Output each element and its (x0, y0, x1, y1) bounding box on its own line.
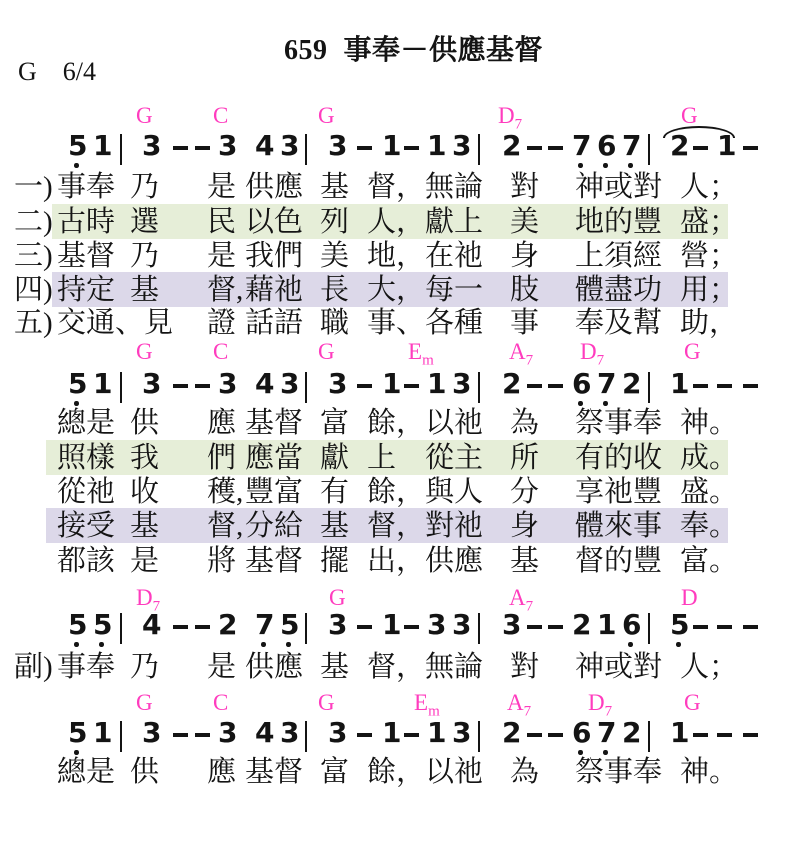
note-digit: 3 (142, 719, 161, 747)
lyric-cell: 基督 (245, 406, 303, 440)
lyric-cell: 擺 (320, 544, 349, 578)
barline (478, 134, 480, 165)
note-digit: 2 (502, 132, 521, 160)
note-digit: 3 (328, 611, 347, 639)
lyric-cell: 督， (367, 650, 425, 684)
dash-extension (717, 733, 732, 737)
lyric-cell: 無論 (425, 650, 483, 684)
lyric-cell: 神或對 (575, 650, 662, 684)
chord-quality: 7 (526, 599, 534, 615)
note-digit: 5 (68, 132, 87, 160)
lyric-cell: 乃 (130, 650, 159, 684)
barline (305, 372, 307, 403)
lyric-cell: 督, (207, 273, 243, 307)
barline (648, 721, 650, 752)
note-digit: 6 (597, 132, 616, 160)
lyric-cell: 藉祂 (245, 273, 303, 307)
chord-label: G (318, 340, 335, 363)
lyric-cell: 穫, (207, 475, 243, 509)
lyric-cell: 成。 (680, 441, 738, 475)
dash-extension (717, 384, 732, 388)
note-digit: 6 (622, 611, 641, 639)
lyric-cell: 供 (130, 755, 159, 789)
dash-extension (693, 146, 708, 150)
barline (478, 721, 480, 752)
lyric-cell: 列 (320, 205, 349, 239)
chord-label: G (318, 691, 335, 714)
dash-extension (357, 384, 372, 388)
note-digit: 4 (142, 611, 161, 639)
lyric-cell: 美 (510, 205, 539, 239)
note-digit: 1 (93, 132, 112, 160)
dash-extension (743, 384, 758, 388)
note-digit: 3 (452, 132, 471, 160)
lyric-cell: 享祂豐 (575, 475, 662, 509)
lyric-cell: 總是 (57, 755, 115, 789)
lyric-cell: 督， (367, 509, 425, 543)
lyric-cell: 都該 (57, 544, 115, 578)
dash-extension (743, 146, 758, 150)
barline (648, 613, 650, 644)
verse-label: 五) (14, 306, 53, 340)
note-digit: 1 (670, 370, 689, 398)
note-digit: 3 (280, 132, 299, 160)
note-digit: 5 (68, 611, 87, 639)
lyric-cell: 祭事奉 (575, 755, 662, 789)
low-octave-dot (603, 401, 608, 406)
lyric-cell: 督, (207, 509, 243, 543)
low-octave-dot (628, 642, 633, 647)
lyric-cell: 神或對 (575, 170, 662, 204)
lyric-cell: 為 (510, 406, 539, 440)
note-digit: 6 (572, 719, 591, 747)
lyric-cell: 接受 (57, 509, 115, 543)
dash-extension (195, 733, 210, 737)
lyric-cell: 大， (367, 273, 425, 307)
note-digit: 7 (572, 132, 591, 160)
chord-label: C (213, 691, 228, 714)
lyric-cell: 對 (510, 650, 539, 684)
lyric-cell: 照樣 (57, 441, 115, 475)
note-digit: 3 (218, 370, 237, 398)
note-digit: 3 (452, 719, 471, 747)
dash-extension (693, 384, 708, 388)
dash-extension (527, 146, 542, 150)
dash-extension (404, 384, 419, 388)
note-digit: 5 (68, 719, 87, 747)
lyric-cell: 應 (207, 406, 236, 440)
lyric-cell: 是 (207, 170, 236, 204)
note-digit: 3 (328, 132, 347, 160)
lyric-cell: 營； (680, 239, 738, 273)
note-digit: 3 (452, 370, 471, 398)
note-digit: 1 (93, 719, 112, 747)
low-octave-dot (578, 163, 583, 168)
verse-label: 三) (14, 239, 53, 273)
lyric-cell: 我 (130, 441, 159, 475)
dash-extension (195, 625, 210, 629)
lyric-cell: 乃 (130, 239, 159, 273)
low-octave-dot (74, 750, 79, 755)
lyric-cell: 人， (367, 205, 425, 239)
lyric-cell: 對祂 (425, 509, 483, 543)
note-digit: 5 (93, 611, 112, 639)
lyric-cell: 職 (320, 306, 349, 340)
low-octave-dot (603, 750, 608, 755)
note-digit: 3 (427, 611, 446, 639)
lyric-cell: 對 (510, 170, 539, 204)
low-octave-dot (578, 750, 583, 755)
lyric-cell: 從祂 (57, 475, 115, 509)
note-digit: 7 (597, 719, 616, 747)
verse-label: 二) (14, 205, 53, 239)
chord-quality: 7 (526, 353, 534, 369)
lyric-cell: 應 (207, 755, 236, 789)
lyric-cell: 以色 (245, 205, 303, 239)
time-signature: 6/4 (63, 57, 96, 86)
lyric-cell: 事 (510, 306, 539, 340)
hymn-number: 659 (284, 35, 328, 66)
chord-label: G (318, 104, 335, 127)
lyric-cell: 上須經 (575, 239, 662, 273)
hymn-title: 659事奉－供應基督 (0, 28, 793, 68)
low-octave-dot (286, 642, 291, 647)
low-octave-dot (628, 163, 633, 168)
note-digit: 1 (93, 370, 112, 398)
dash-extension (548, 733, 563, 737)
lyric-cell: 助， (680, 306, 738, 340)
lyric-cell: 事、 (367, 306, 425, 340)
low-octave-dot (99, 642, 104, 647)
lyric-cell: 基 (320, 170, 349, 204)
dash-extension (357, 146, 372, 150)
dash-extension (173, 625, 188, 629)
barline (305, 134, 307, 165)
dash-extension (404, 146, 419, 150)
note-digit: 7 (255, 611, 274, 639)
dash-extension (527, 384, 542, 388)
chord-label: G (681, 104, 698, 127)
key-tonic: G (18, 57, 37, 86)
low-octave-dot (74, 163, 79, 168)
dash-extension (527, 625, 542, 629)
note-digit: 1 (427, 719, 446, 747)
lyric-cell: 身 (510, 239, 539, 273)
lyric-cell: 美 (320, 239, 349, 273)
lyric-cell: 有 (320, 475, 349, 509)
lyric-cell: 盛。 (680, 475, 738, 509)
lyric-cell: 身 (510, 509, 539, 543)
lyric-cell: 基督 (245, 544, 303, 578)
lyric-cell: 在祂 (425, 239, 483, 273)
lyric-cell: 地的豐 (575, 205, 662, 239)
lyric-cell: 富 (320, 406, 349, 440)
dash-extension (173, 733, 188, 737)
lyric-cell: 事奉 (57, 170, 115, 204)
note-digit: 1 (427, 370, 446, 398)
tie-arc (663, 126, 735, 138)
lyric-cell: 分 (510, 475, 539, 509)
lyric-cell: 各種 (425, 306, 483, 340)
lyric-cell: 奉。 (680, 509, 738, 543)
dash-extension (548, 625, 563, 629)
lyric-cell: 是 (130, 544, 159, 578)
low-octave-dot (74, 401, 79, 406)
lyric-cell: 基 (320, 509, 349, 543)
dash-extension (357, 625, 372, 629)
barline (478, 372, 480, 403)
lyric-cell: 富 (320, 755, 349, 789)
lyric-cell: 基 (320, 650, 349, 684)
lyric-cell: 是 (207, 650, 236, 684)
note-digit: 3 (218, 719, 237, 747)
lyric-cell: 出， (367, 544, 425, 578)
low-octave-dot (74, 642, 79, 647)
lyric-cell: 每一 (425, 273, 483, 307)
lyric-cell: 基 (510, 544, 539, 578)
note-digit: 2 (502, 719, 521, 747)
chord-label: G (136, 340, 153, 363)
note-digit: 1 (382, 370, 401, 398)
lyric-cell: 基 (130, 273, 159, 307)
note-digit: 2 (622, 370, 641, 398)
dash-extension (548, 146, 563, 150)
chord-label: D (681, 586, 698, 609)
lyric-cell: 古時 (57, 205, 115, 239)
lyric-cell: 供應 (425, 544, 483, 578)
lyric-cell: 分給 (245, 509, 303, 543)
lyric-cell: 餘， (367, 406, 425, 440)
note-digit: 3 (502, 611, 521, 639)
note-digit: 3 (280, 370, 299, 398)
lyric-cell: 供 (130, 406, 159, 440)
barline (120, 372, 122, 403)
lyric-cell: 基督 (57, 239, 115, 273)
lyric-cell: 為 (510, 755, 539, 789)
lyric-cell: 獻 (320, 441, 349, 475)
note-digit: 3 (142, 132, 161, 160)
barline (648, 134, 650, 165)
chord-label: Em (408, 340, 434, 369)
note-digit: 5 (670, 611, 689, 639)
chord-label: G (136, 691, 153, 714)
dash-extension (195, 146, 210, 150)
lyric-cell: 無論 (425, 170, 483, 204)
chord-label: A7 (509, 340, 533, 369)
lyric-cell: 供應 (245, 170, 303, 204)
lyric-cell: 是 (207, 239, 236, 273)
lyric-cell: 乃 (130, 170, 159, 204)
barline (120, 613, 122, 644)
note-digit: 3 (452, 611, 471, 639)
lyric-cell: 餘， (367, 755, 425, 789)
note-digit: 1 (382, 132, 401, 160)
barline (305, 721, 307, 752)
verse-label: 一) (14, 170, 53, 204)
dash-extension (404, 625, 419, 629)
note-digit: 6 (572, 370, 591, 398)
hymn-name: 事奉－供應基督 (343, 35, 543, 66)
note-digit: 4 (255, 719, 274, 747)
dash-extension (743, 733, 758, 737)
lyric-cell: 總是 (57, 406, 115, 440)
low-octave-dot (603, 163, 608, 168)
lyric-cell: 供應 (245, 650, 303, 684)
low-octave-dot (578, 401, 583, 406)
note-digit: 3 (328, 719, 347, 747)
note-digit: 1 (670, 719, 689, 747)
note-digit: 2 (502, 370, 521, 398)
note-digit: 4 (255, 132, 274, 160)
lyric-cell: 長 (320, 273, 349, 307)
note-digit: 5 (280, 611, 299, 639)
dash-extension (357, 733, 372, 737)
lyric-cell: 將 (207, 544, 236, 578)
note-digit: 3 (328, 370, 347, 398)
note-digit: 3 (280, 719, 299, 747)
hymn-sheet: 659事奉－供應基督 G6/4 一)事奉乃是供應基督，無論對神或對人；二)古時選… (0, 0, 793, 852)
lyric-cell: 持定 (57, 273, 115, 307)
lyric-cell: 神。 (680, 755, 738, 789)
lyric-cell: 奉及幫 (575, 306, 662, 340)
dash-extension (693, 625, 708, 629)
barline (478, 613, 480, 644)
lyric-cell: 以祂 (425, 406, 483, 440)
low-octave-dot (676, 642, 681, 647)
note-digit: 2 (622, 719, 641, 747)
note-digit: 7 (597, 370, 616, 398)
dash-extension (173, 146, 188, 150)
chord-label: C (213, 340, 228, 363)
lyric-cell: 人； (680, 650, 738, 684)
lyric-cell: 基督 (245, 755, 303, 789)
dash-extension (548, 384, 563, 388)
lyric-cell: 們 (207, 441, 236, 475)
dash-extension (527, 733, 542, 737)
lyric-cell: 督的豐 (575, 544, 662, 578)
dash-extension (693, 733, 708, 737)
note-digit: 2 (572, 611, 591, 639)
lyric-cell: 交通、見 (57, 306, 173, 340)
dash-extension (717, 625, 732, 629)
lyric-cell: 上 (367, 441, 396, 475)
dash-extension (743, 625, 758, 629)
lyric-cell: 應當 (245, 441, 303, 475)
lyric-cell: 與人 (425, 475, 483, 509)
lyric-cell: 體來事 (575, 509, 662, 543)
barline (120, 721, 122, 752)
lyric-cell: 收 (130, 475, 159, 509)
lyric-cell: 我們 (245, 239, 303, 273)
chord-label: C (213, 104, 228, 127)
note-digit: 1 (382, 611, 401, 639)
note-digit: 2 (218, 611, 237, 639)
lyric-cell: 所 (510, 441, 539, 475)
barline (648, 372, 650, 403)
lyric-cell: 從主 (425, 441, 483, 475)
lyric-cell: 盛； (680, 205, 738, 239)
chord-label: D7 (580, 340, 604, 369)
chord-label: G (329, 586, 346, 609)
lyric-cell: 體盡功 (575, 273, 662, 307)
verse-label: 副) (14, 650, 53, 684)
chord-label: G (684, 340, 701, 363)
lyric-cell: 督， (367, 170, 425, 204)
dash-extension (173, 384, 188, 388)
note-digit: 3 (142, 370, 161, 398)
lyric-cell: 祭事奉 (575, 406, 662, 440)
lyric-cell: 肢 (510, 273, 539, 307)
lyric-cell: 話語 (245, 306, 303, 340)
lyric-cell: 豐富 (245, 475, 303, 509)
note-digit: 3 (218, 132, 237, 160)
chord-label: G (684, 691, 701, 714)
dash-extension (195, 384, 210, 388)
lyric-cell: 選 (130, 205, 159, 239)
lyric-cell: 神。 (680, 406, 738, 440)
note-digit: 1 (382, 719, 401, 747)
note-digit: 7 (622, 132, 641, 160)
lyric-cell: 餘， (367, 475, 425, 509)
lyric-cell: 有的收 (575, 441, 662, 475)
note-digit: 5 (68, 370, 87, 398)
chord-label: G (136, 104, 153, 127)
lyric-cell: 富。 (680, 544, 738, 578)
note-digit: 1 (597, 611, 616, 639)
lyric-cell: 地， (367, 239, 425, 273)
note-digit: 4 (255, 370, 274, 398)
barline (305, 613, 307, 644)
lyric-cell: 證 (207, 306, 236, 340)
dash-extension (404, 733, 419, 737)
low-octave-dot (261, 642, 266, 647)
lyric-cell: 用； (680, 273, 738, 307)
chord-quality: 7 (524, 704, 532, 720)
lyric-cell: 基 (130, 509, 159, 543)
lyric-cell: 獻上 (425, 205, 483, 239)
key-signature: G6/4 (18, 58, 96, 86)
verse-label: 四) (14, 273, 53, 307)
lyric-cell: 事奉 (57, 650, 115, 684)
lyric-cell: 民 (207, 205, 236, 239)
barline (120, 134, 122, 165)
lyric-cell: 以祂 (425, 755, 483, 789)
note-digit: 1 (427, 132, 446, 160)
lyric-cell: 人； (680, 170, 738, 204)
